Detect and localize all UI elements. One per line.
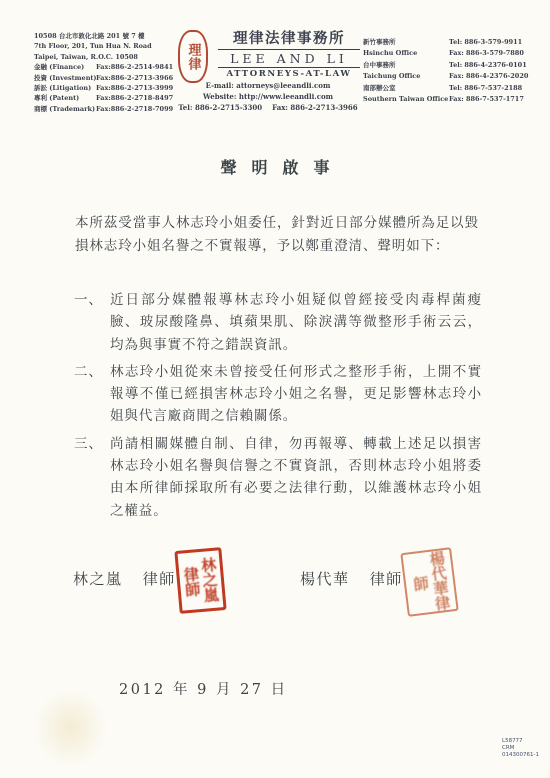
firm-website: Website: http://www.leeandli.com [172, 92, 364, 101]
item-marker: 二、 [74, 361, 110, 428]
firm-subtitle: ATTORNEYS-AT-LAW [218, 69, 360, 79]
department-label: 金融 (Finance) [34, 62, 96, 72]
department-fax: Fax:886-2-2514-9841 [96, 62, 173, 72]
item-marker: 三、 [74, 433, 110, 522]
office-name: 南部辦公室 [363, 83, 449, 94]
letterhead-address-block: 10508 台北市敦化北路 201 號 7 樓 7th Floor, 201, … [34, 31, 182, 114]
lawyer-name: 林之嵐 [73, 570, 123, 588]
office-row: Hsinchu Office Fax: 886-3-579-7880 [363, 48, 543, 59]
office-contact: Tel: 886-4-2376-0101 [449, 60, 527, 71]
item-text: 尚請相關媒體自制、自律，勿再報導、轉載上述足以損害林志玲小姐名譽與信譽之不實資訊… [110, 433, 482, 522]
address-line-en1: 7th Floor, 201, Tun Hua N. Road [34, 41, 182, 51]
office-row: 新竹事務所 Tel: 886-3-579-9911 [363, 37, 543, 48]
firm-tel: Tel: 886-2-2715-3300 [178, 103, 262, 112]
statement-item-1: 一、 近日部分媒體報導林志玲小姐疑似曾經接受肉毒桿菌瘦臉、玻尿酸隆鼻、填蘋果肌、… [74, 289, 482, 356]
address-line-en2: Taipei, Taiwan, R.O.C. 10508 [34, 52, 182, 62]
lawyer-title: 律師 [143, 570, 176, 588]
department-fax-row: 金融 (Finance) Fax:886-2-2514-9841 [34, 62, 182, 72]
department-label: 商標 (Trademark) [34, 104, 96, 114]
statement-item-2: 二、 林志玲小姐從來未曾接受任何形式之整形手術，上開不實報導不僅已經損害林志玲小… [74, 361, 482, 428]
office-row: 台中事務所 Tel: 886-4-2376-0101 [363, 60, 543, 71]
signature-lawyer-1: 林之嵐 律師 [73, 568, 176, 589]
office-row: 南部辦公室 Tel: 886-7-537-2188 [363, 83, 543, 94]
department-fax-row: 商標 (Trademark) Fax:886-2-2718-7099 [34, 104, 182, 114]
document-reference-block: L58777 CRM 014300761-1 [502, 738, 539, 758]
letterhead-offices-block: 新竹事務所 Tel: 886-3-579-9911 Hsinchu Office… [363, 37, 543, 105]
department-fax: Fax:886-2-2718-7099 [96, 104, 173, 114]
department-label: 訴訟 (Litigation) [34, 83, 96, 93]
firm-name-cjk: 理律法律事務所 [218, 27, 360, 48]
department-fax: Fax:886-2-2713-3999 [96, 83, 173, 93]
office-contact: Fax: 886-4-2376-2020 [449, 71, 528, 82]
divider [218, 49, 360, 50]
office-name: Hsinchu Office [363, 48, 449, 59]
statement-intro-paragraph: 本所茲受當事人林志玲小姐委任，針對近日部分媒體所為足以毀損林志玲小姐名譽之不實報… [75, 212, 479, 257]
reference-number: 014300761-1 [502, 752, 539, 759]
reference-dept: CRM [502, 745, 539, 752]
firm-telfax-row: Tel: 886-2-2715-3300 Fax: 886-2-2713-396… [172, 103, 364, 112]
divider [218, 67, 360, 68]
office-name: Southern Taiwan Office [363, 94, 449, 105]
lawyer-title: 律師 [370, 570, 403, 588]
office-name: Taichung Office [363, 71, 449, 82]
department-fax-row: 訴訟 (Litigation) Fax:886-2-2713-3999 [34, 83, 182, 93]
office-name: 新竹事務所 [363, 37, 449, 48]
firm-logo-seal-icon: 理律 [178, 30, 208, 83]
office-contact: Fax: 886-3-579-7880 [449, 48, 524, 59]
statement-date: 2012 年 9 月 27 日 [119, 678, 288, 699]
office-row: Taichung Office Fax: 886-4-2376-2020 [363, 71, 543, 82]
signature-lawyer-2: 楊代華 律師 [300, 568, 403, 589]
letterhead-firm-block: 理律 理律法律事務所 LEE AND LI ATTORNEYS-AT-LAW E… [172, 27, 364, 112]
office-row: Southern Taiwan Office Fax: 886-7-537-17… [363, 94, 543, 105]
item-text: 近日部分媒體報導林志玲小姐疑似曾經接受肉毒桿菌瘦臉、玻尿酸隆鼻、填蘋果肌、除淚溝… [110, 289, 482, 356]
reference-code: L58777 [502, 738, 539, 745]
firm-email: E-mail: attorneys@leeandli.com [172, 81, 364, 90]
item-text: 林志玲小姐從來未曾接受任何形式之整形手術，上開不實報導不僅已經損害林志玲小姐之名… [110, 361, 482, 428]
item-marker: 一、 [74, 289, 110, 356]
lawyer-1-red-seal-stamp: 林之嵐律師 [174, 547, 226, 614]
office-contact: Tel: 886-7-537-2188 [449, 83, 522, 94]
office-name: 台中事務所 [363, 60, 449, 71]
seal-text: 楊代華律師 [407, 550, 452, 614]
firm-logo-seal-text: 理律 [184, 43, 203, 71]
department-label: 專利 (Patent) [34, 93, 96, 103]
scanned-legal-statement: 10508 台北市敦化北路 201 號 7 樓 7th Floor, 201, … [0, 0, 550, 778]
paper-stain [33, 688, 108, 768]
firm-fax: Fax: 886-2-2713-3966 [272, 103, 357, 112]
firm-name-block: 理律法律事務所 LEE AND LI ATTORNEYS-AT-LAW [218, 27, 360, 79]
address-line-cjk: 10508 台北市敦化北路 201 號 7 樓 [34, 31, 182, 41]
seal-text: 林之嵐律師 [180, 551, 221, 611]
statement-title: 聲明啟事 [0, 155, 550, 178]
statement-items: 一、 近日部分媒體報導林志玲小姐疑似曾經接受肉毒桿菌瘦臉、玻尿酸隆鼻、填蘋果肌、… [74, 289, 482, 527]
department-label: 投資 (Investment) [34, 73, 96, 83]
firm-name-en: LEE AND LI [218, 51, 360, 66]
department-fax-row: 投資 (Investment) Fax:886-2-2713-3966 [34, 73, 182, 83]
lawyer-2-red-seal-stamp: 楊代華律師 [400, 547, 458, 617]
lawyer-name: 楊代華 [300, 570, 350, 588]
office-contact: Tel: 886-3-579-9911 [449, 37, 522, 48]
department-fax: Fax:886-2-2718-8497 [96, 93, 173, 103]
department-fax-row: 專利 (Patent) Fax:886-2-2718-8497 [34, 93, 182, 103]
office-contact: Fax: 886-7-537-1717 [449, 94, 524, 105]
department-fax: Fax:886-2-2713-3966 [96, 73, 173, 83]
statement-item-3: 三、 尚請相關媒體自制、自律，勿再報導、轉載上述足以損害林志玲小姐名譽與信譽之不… [74, 433, 482, 522]
